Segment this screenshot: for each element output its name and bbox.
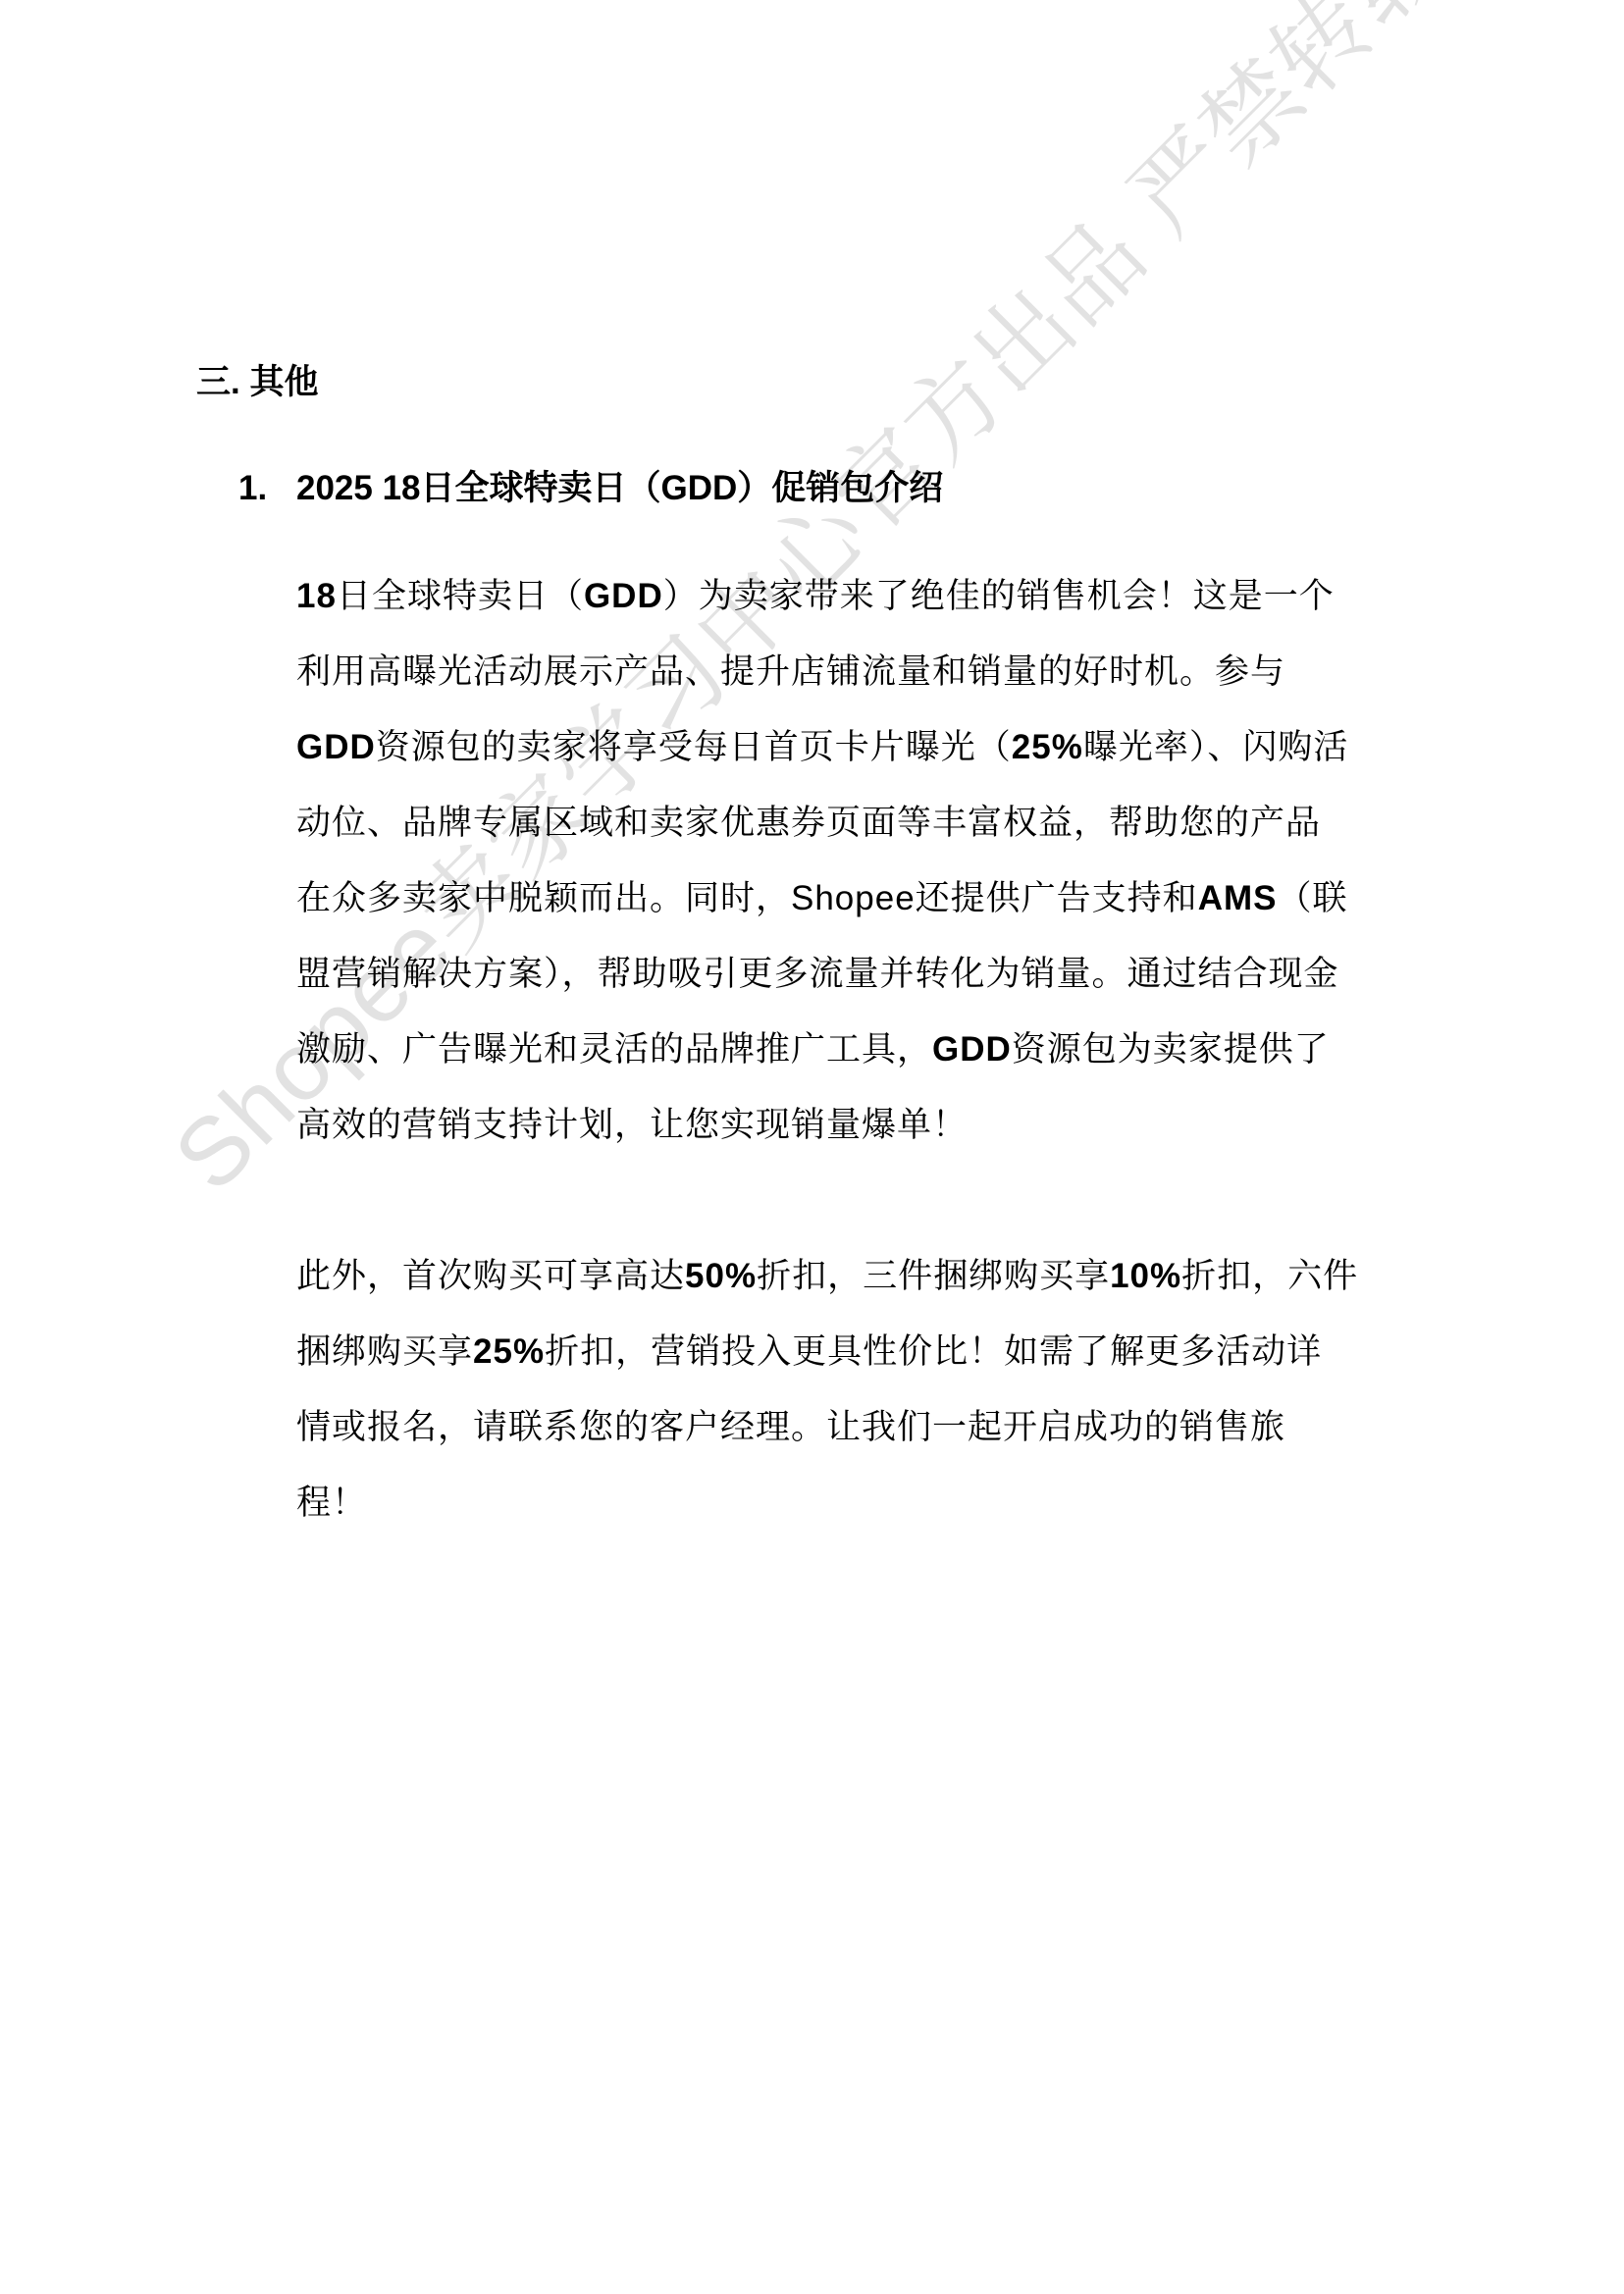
paragraph-discounts: 此外，首次购买可享高达50%折扣，三件捆绑购买享10%折扣，六件捆绑购买享25%… — [296, 1238, 1454, 1540]
text-line: 盟营销解决方案），帮助吸引更多流量并转化为销量。通过结合现金 — [296, 936, 1454, 1012]
text-line: 程！ — [296, 1465, 1454, 1540]
bold-text-run: 18 — [296, 577, 337, 615]
text-line: 高效的营销支持计划，让您实现销量爆单！ — [296, 1087, 1454, 1163]
text-line: 此外，首次购买可享高达50%折扣，三件捆绑购买享10%折扣，六件 — [296, 1238, 1454, 1314]
text-run: 情或报名，请联系您的客户经理。让我们一起开启成功的销售旅 — [296, 1408, 1285, 1446]
bold-text-run: 50% — [685, 1257, 757, 1295]
bold-text-run: 25% — [473, 1332, 545, 1371]
text-line: 在众多卖家中脱颖而出。同时，Shopee还提供广告支持和AMS（联 — [296, 860, 1454, 936]
text-run: 日全球特卖日（ — [337, 577, 584, 615]
text-line: 捆绑购买享25%折扣，营销投入更具性价比！如需了解更多活动详 — [296, 1314, 1454, 1389]
document-page: Shopee卖家学习中心官方出品 严禁转载 三. 其他 1.2025 18日全球… — [0, 0, 1624, 2294]
section-title: 三. 其他 — [196, 360, 318, 405]
text-run: 曝光率）、闪购活 — [1083, 728, 1349, 766]
text-run: 高效的营销支持计划，让您实现销量爆单！ — [296, 1106, 968, 1144]
bold-text-run: 25% — [1012, 728, 1083, 766]
text-run: 盟营销解决方案），帮助吸引更多流量并转化为销量。通过结合现金 — [296, 955, 1339, 993]
text-run: ）为卖家带来了绝佳的销售机会！这是一个 — [663, 577, 1335, 615]
text-run: 折扣，三件捆绑购买享 — [757, 1257, 1110, 1295]
text-line: 动位、品牌专属区域和卖家优惠券页面等丰富权益，帮助您的产品 — [296, 785, 1454, 860]
bold-text-run: GDD — [296, 728, 376, 766]
text-run: 折扣，营销投入更具性价比！如需了解更多活动详 — [545, 1332, 1322, 1371]
bold-text-run: GDD — [932, 1030, 1012, 1069]
text-line: 利用高曝光活动展示产品、提升店铺流量和销量的好时机。参与 — [296, 634, 1454, 709]
text-run: 在众多卖家中脱颖而出。同时，Shopee还提供广告支持和 — [296, 879, 1198, 917]
text-run: 激励、广告曝光和灵活的品牌推广工具， — [296, 1030, 932, 1069]
text-run: （联 — [1277, 879, 1347, 917]
subsection-title: 1.2025 18日全球特卖日（GDD）促销包介绍 — [238, 466, 943, 511]
bold-text-run: GDD — [584, 577, 663, 615]
text-run: 此外，首次购买可享高达 — [296, 1257, 685, 1295]
subsection-title-text: 2025 18日全球特卖日（GDD）促销包介绍 — [296, 469, 943, 507]
text-run: 捆绑购买享 — [296, 1332, 473, 1371]
text-run: 折扣，六件 — [1181, 1257, 1358, 1295]
text-run: 利用高曝光活动展示产品、提升店铺流量和销量的好时机。参与 — [296, 652, 1285, 691]
bold-text-run: AMS — [1198, 879, 1278, 917]
subsection-number: 1. — [238, 466, 296, 511]
text-run: 资源包为卖家提供了 — [1012, 1030, 1330, 1069]
text-line: 激励、广告曝光和灵活的品牌推广工具，GDD资源包为卖家提供了 — [296, 1012, 1454, 1087]
text-run: 资源包的卖家将享受每日首页卡片曝光（ — [376, 728, 1012, 766]
bold-text-run: 10% — [1110, 1257, 1181, 1295]
text-run: 动位、品牌专属区域和卖家优惠券页面等丰富权益，帮助您的产品 — [296, 804, 1321, 842]
paragraph-intro: 18日全球特卖日（GDD）为卖家带来了绝佳的销售机会！这是一个利用高曝光活动展示… — [296, 558, 1454, 1163]
text-line: 情或报名，请联系您的客户经理。让我们一起开启成功的销售旅 — [296, 1389, 1454, 1465]
text-line: GDD资源包的卖家将享受每日首页卡片曝光（25%曝光率）、闪购活 — [296, 709, 1454, 785]
text-line: 18日全球特卖日（GDD）为卖家带来了绝佳的销售机会！这是一个 — [296, 558, 1454, 634]
text-run: 程！ — [296, 1484, 367, 1522]
